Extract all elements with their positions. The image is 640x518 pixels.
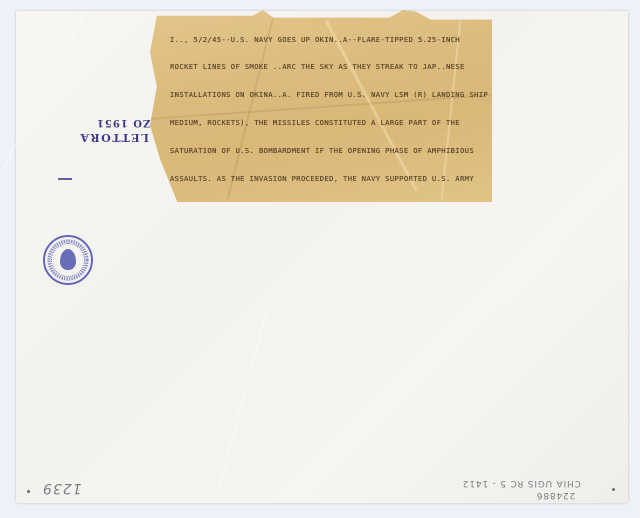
round-seal-stamp (43, 235, 93, 285)
caption-line: ASSAULTS. AS THE INVASION PROCEEDED, THE… (170, 174, 486, 183)
pencil-dot (612, 488, 615, 491)
archive-reference-number: 224886 (536, 490, 575, 500)
paper-crease (217, 311, 267, 495)
caption-line: I.., 5/2/45--U.S. NAVY GOES UP OKIN..A--… (170, 35, 486, 44)
caption-line: MEDIUM, ROCKETS), THE MISSILES CONSTITUT… (170, 118, 486, 127)
pencil-dot (27, 490, 30, 493)
caption-clipping: I.., 5/2/45--U.S. NAVY GOES UP OKIN..A--… (150, 10, 492, 202)
date-stamp: ZO 1951 (96, 117, 150, 128)
name-stamp: LETTORA (79, 131, 149, 144)
seal-emblem-icon (60, 249, 76, 270)
archive-reference: CHIA UGIS RC 5 - 1412 (462, 478, 581, 488)
caption-line: INSTALLATIONS ON OKINA..A. FIRED FROM U.… (170, 90, 486, 99)
inventory-number: 1239 (42, 480, 82, 496)
caption-line: ROCKET LINES OF SMOKE ..ARC THE SKY AS T… (170, 62, 486, 71)
ink-dash-mark (58, 178, 72, 180)
paper-crease (1, 11, 86, 170)
caption-line: SATURATION OF U.S. BOMBARDMENT IF THE OP… (170, 146, 486, 155)
